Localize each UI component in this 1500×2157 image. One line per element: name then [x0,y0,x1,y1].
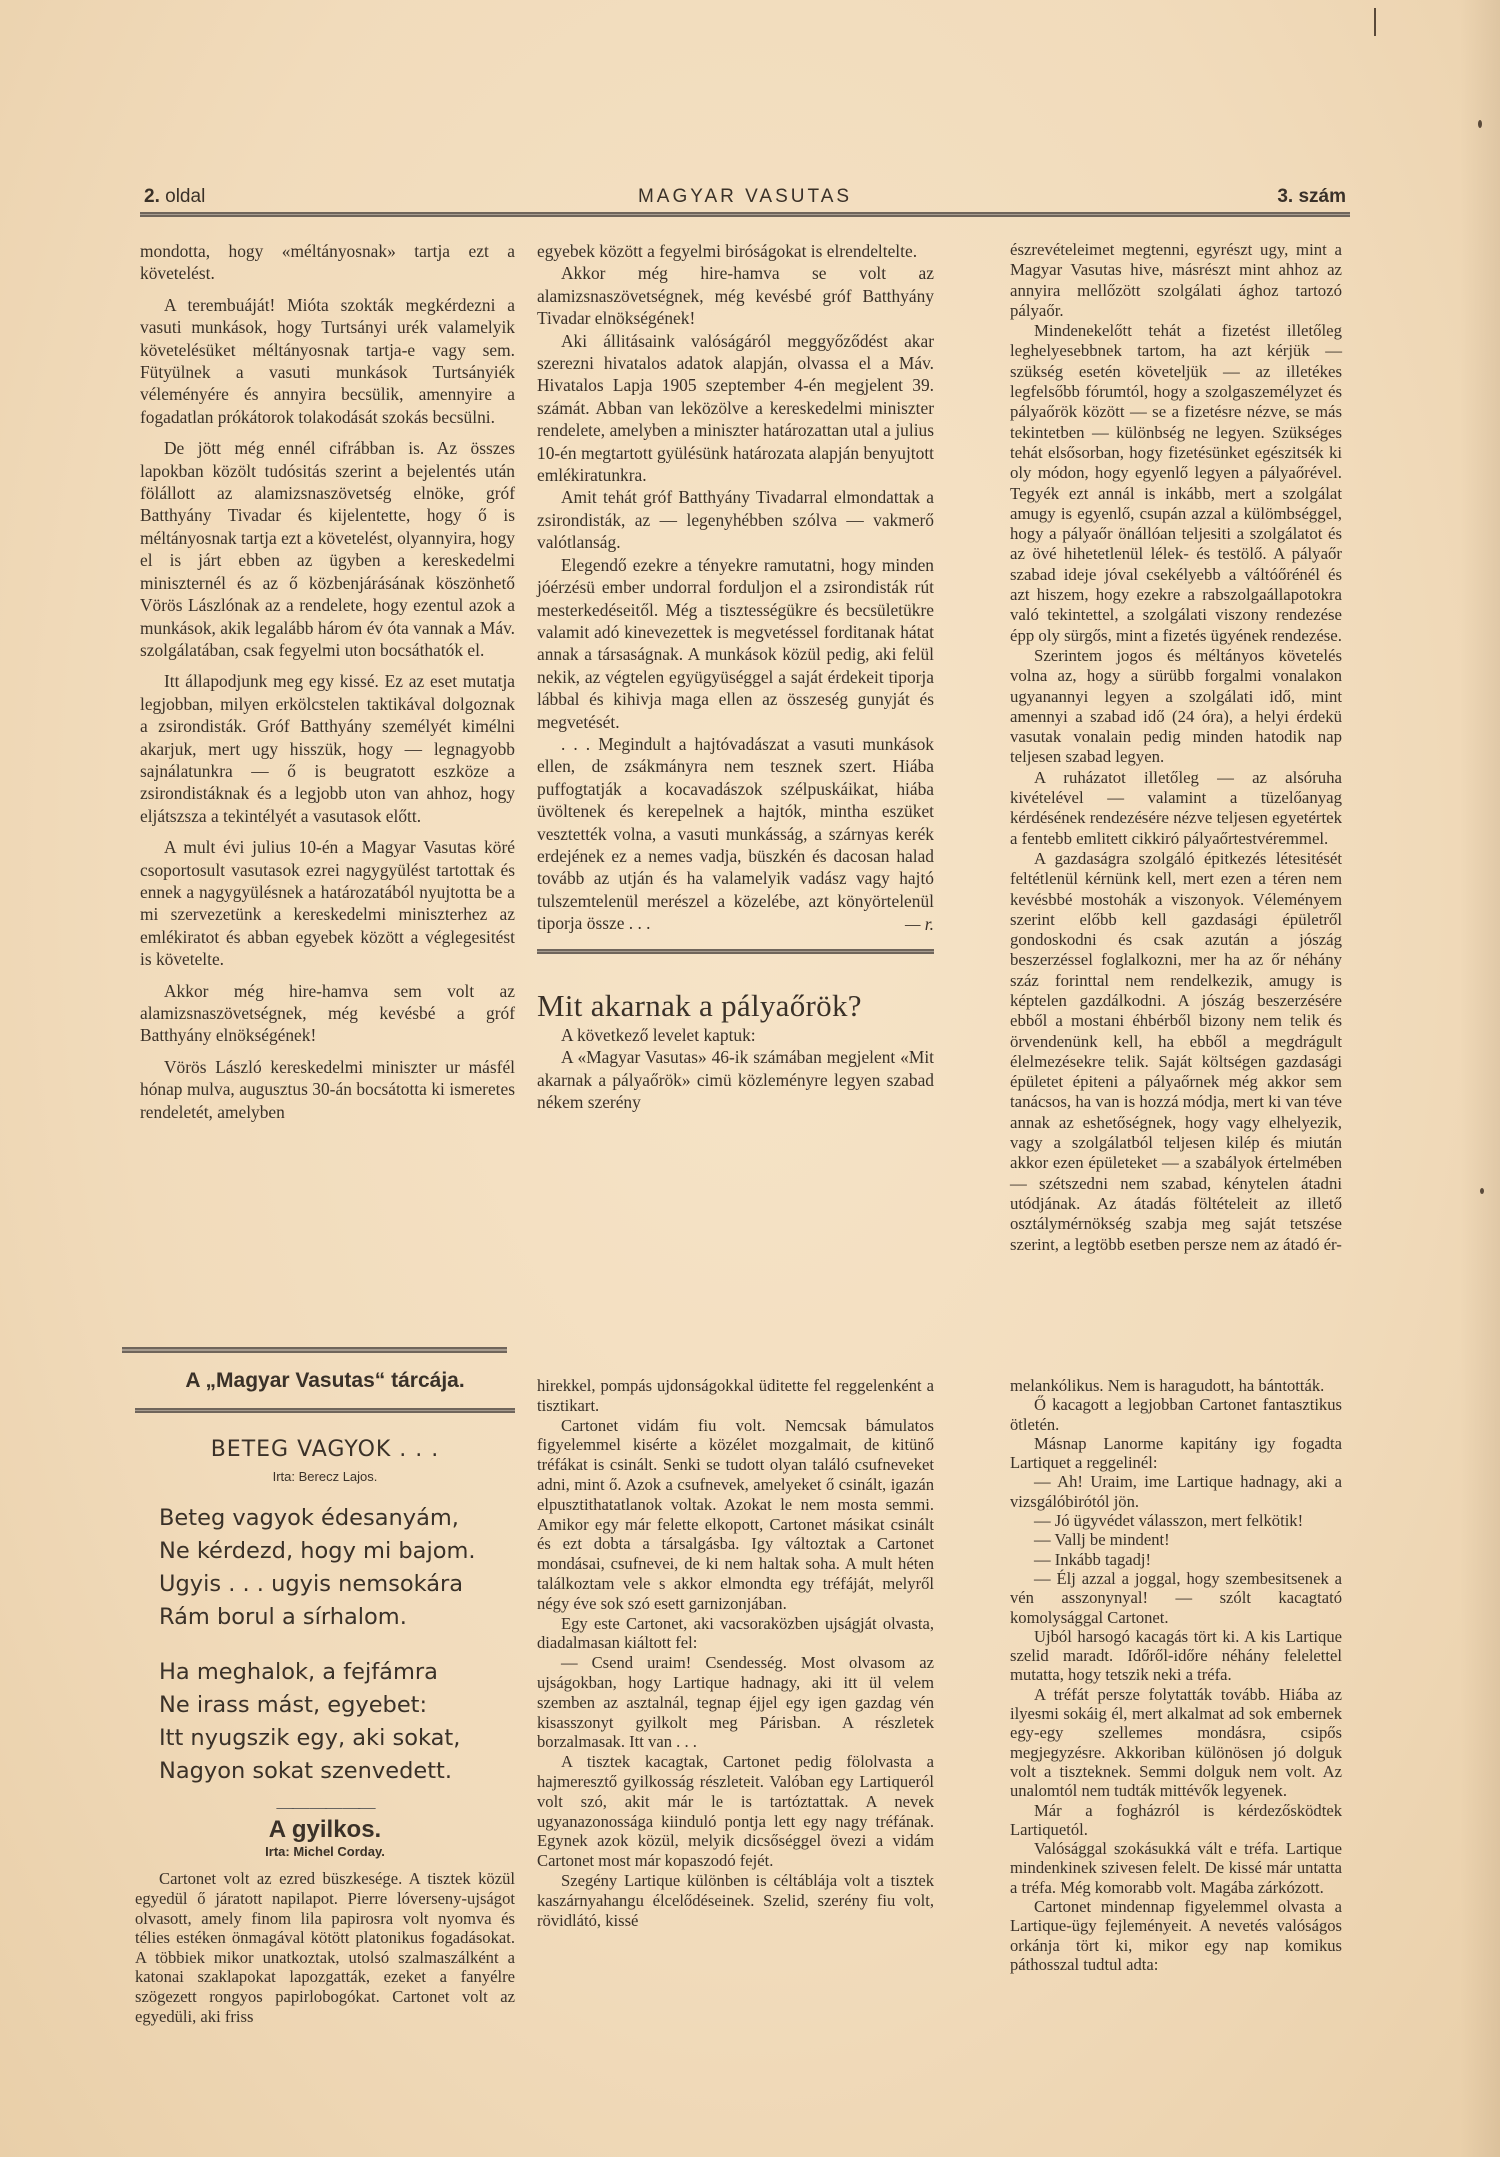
article-column-2: egyebek között a fegyelmi biróságokat is… [537,240,934,1114]
paragraph: Vörös László kereskedelmi miniszter ur m… [140,1056,515,1123]
article-body: egyebek között a fegyelmi biróságokat is… [537,240,934,935]
header-rule [140,212,1350,217]
paragraph: A terembuáját! Mióta szokták megkérdezni… [140,294,515,428]
issue-number: 3. szám [1277,186,1346,208]
article-title: Mit akarnak a pályaőrök? [537,988,934,1024]
story-title: A gyilkos. [135,1819,515,1841]
paragraph: — Inkább tagadj! [1010,1550,1342,1569]
poem-line: Ne irass mást, egyebet: [159,1689,515,1722]
article-separator [537,949,934,954]
poem-author: Irta: Berecz Lajos. [135,1466,515,1488]
paragraph: mondotta, hogy «méltányosnak» tartja ezt… [140,240,515,285]
paragraph: Valósággal szokásukká vált e tréfa. Lart… [1010,1839,1342,1897]
feuilleton-column-2: hirekkel, pompás ujdonságokkal üditette … [537,1376,934,1930]
paragraph: melankólikus. Nem is haragudott, ha bánt… [1010,1376,1342,1395]
story-author: Irta: Michel Corday. [135,1841,515,1863]
paragraph: Aki állitásaink valóságáról meggyőződést… [537,330,934,487]
paragraph: De jött még ennél cifrábban is. Az össze… [140,437,515,661]
paragraph: Egy este Cartonet, aki vacsoraközben ujs… [537,1614,934,1654]
feuilleton-column-1: A „Magyar Vasutas“ tárcája. BETEG VAGYOK… [135,1360,515,2026]
paragraph: A gazdaságra szolgáló épitkezés létesité… [1010,849,1342,1255]
story-body: Cartonet volt az ezred büszkesége. A tis… [135,1869,515,2026]
feuilleton-column-3: melankólikus. Nem is haragudott, ha bánt… [1010,1376,1342,1974]
paragraph: Ő kacagott a legjobban Cartonet fantaszt… [1010,1395,1342,1434]
paragraph: hirekkel, pompás ujdonságokkal üditette … [537,1376,934,1416]
poem-line: Beteg vagyok édesanyám, [159,1502,515,1535]
paragraph: Amit tehát gróf Batthyány Tivadarral elm… [537,486,934,553]
feuilleton-rule [122,1347,507,1353]
paragraph: . . . Megindult a hajtóvadászat a vasuti… [537,733,934,935]
article-column-3: észrevételeimet megtenni, egyrészt ugy, … [1010,240,1342,1255]
poem-line: Ne kérdezd, hogy mi bajom. [159,1535,515,1568]
paragraph: — Csend uraim! Csendesség. Most olvasom … [537,1653,934,1752]
paragraph: A mult évi julius 10-én a Magyar Vasutas… [140,836,515,970]
poem-line: Ugyis . . . ugyis nemsokára [159,1568,515,1601]
paragraph: Szerintem jogos és méltányos követelés v… [1010,646,1342,768]
paragraph: Szegény Lartique különben is céltáblája … [537,1871,934,1930]
paper-mark [1478,120,1482,128]
poem-line: Nagyon sokat szenvedett. [159,1755,515,1788]
paragraph: Itt állapodjunk meg egy kissé. Ez az ese… [140,670,515,827]
article-column-1: mondotta, hogy «méltányosnak» tartja ezt… [140,240,515,1123]
paragraph: — Vallj be mindent! [1010,1530,1342,1549]
paragraph: — Ah! Uraim, ime Lartique hadnagy, aki a… [1010,1472,1342,1511]
poem-line: Itt nyugszik egy, aki sokat, [159,1722,515,1755]
feuilleton-heading-rule [135,1408,515,1413]
article-intro: A következő levelet kaptuk: [537,1024,934,1046]
paragraph: Akkor még hire-hamva se volt az alamizsn… [537,262,934,329]
page-header: 2. oldal MAGYAR VASUTAS 3. szám [140,186,1350,210]
paragraph: egyebek között a fegyelmi biróságokat is… [537,240,934,262]
paragraph: A tisztek kacagtak, Cartonet pedig fölol… [537,1752,934,1871]
paper-mark [1480,1188,1484,1194]
poem-stanza: Ha meghalok, a fejfámraNe irass mást, eg… [159,1656,515,1788]
paragraph: Cartonet volt az ezred büszkesége. A tis… [135,1869,515,2026]
article-paragraph: A «Magyar Vasutas» 46-ik számában megjel… [537,1046,934,1113]
page-edge-shadow [1460,0,1500,2157]
paragraph: Cartonet mindennap figyelemmel olvasta a… [1010,1897,1342,1974]
feuilleton-heading: A „Magyar Vasutas“ tárcája. [135,1370,515,1392]
paragraph: Akkor még hire-hamva sem volt az alamizs… [140,980,515,1047]
poem-stanza: Beteg vagyok édesanyám,Ne kérdezd, hogy … [159,1502,515,1634]
poem-body: Beteg vagyok édesanyám,Ne kérdezd, hogy … [135,1502,515,1788]
paragraph: Mindenekelőtt tehát a fizetést illetőleg… [1010,321,1342,646]
paragraph: észrevételeimet megtenni, egyrészt ugy, … [1010,240,1342,321]
paragraph: Már a fogházról is kérdezősködtek Lartiq… [1010,1801,1342,1840]
paragraph: Cartonet vidám fiu volt. Nemcsak bámulat… [537,1416,934,1614]
paragraph: A ruházatot illetőleg — az alsóruha kivé… [1010,768,1342,849]
poem-line: Ha meghalok, a fejfámra [159,1656,515,1689]
paragraph: Másnap Lanorme kapitány igy fogadta Lart… [1010,1434,1342,1473]
paper-mark [1374,8,1376,36]
paragraph: A tréfát persze folytatták tovább. Hiába… [1010,1685,1342,1801]
paragraph: — Élj azzal a joggal, hogy szembesitsene… [1010,1569,1342,1627]
paragraph: — Jó ügyvédet válasszon, mert felkötik! [1010,1511,1342,1530]
poem-line: Rám borul a sírhalom. [159,1601,515,1634]
masthead: MAGYAR VASUTAS [140,186,1350,208]
paragraph: Elegendő ezekre a tényekre ramutatni, ho… [537,554,934,733]
paragraph: Ujból harsogó kacagás tört ki. A kis Lar… [1010,1627,1342,1685]
poem-title: BETEG VAGYOK . . . [135,1439,515,1461]
